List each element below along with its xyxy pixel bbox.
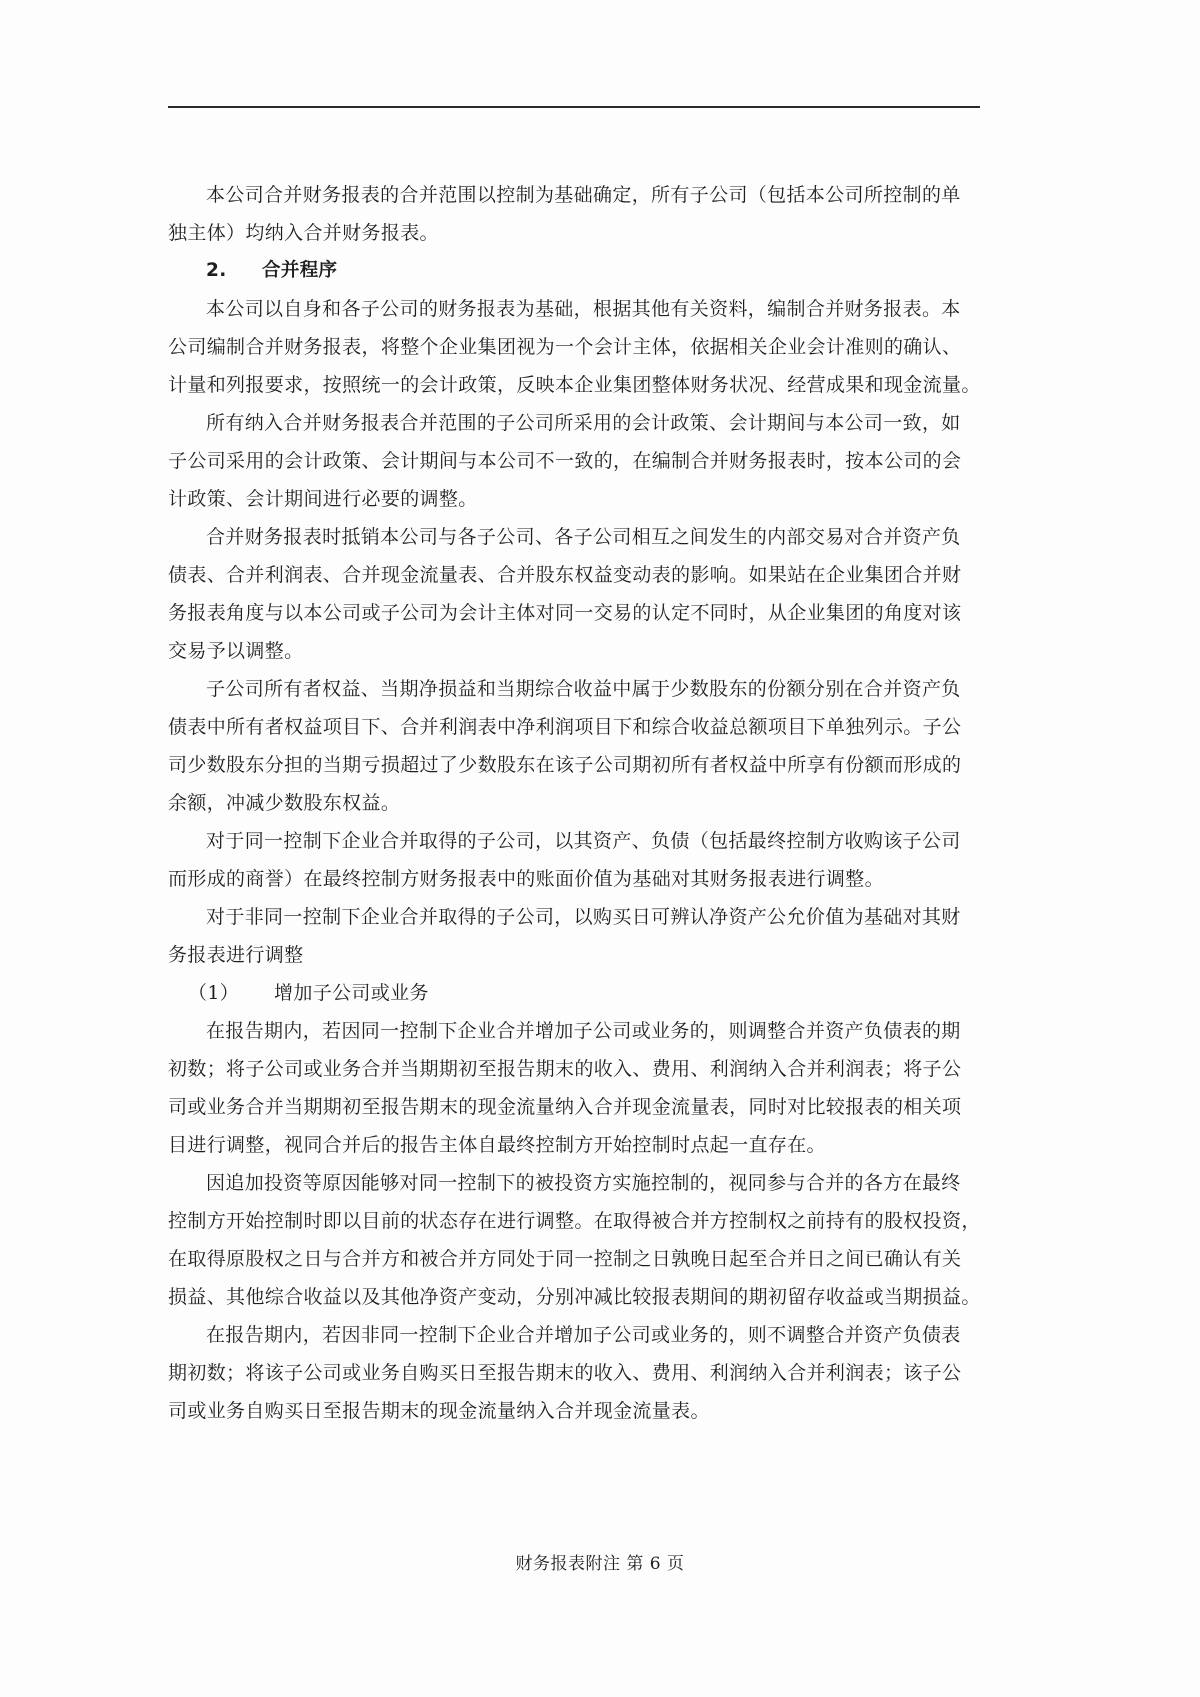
paragraph-line: 目进行调整，视同合并后的报告主体自最终控制方开始控制时点起一直存在。	[168, 1126, 980, 1164]
paragraph-line: 因追加投资等原因能够对同一控制下的被投资方实施控制的，视同参与合并的各方在最终	[168, 1164, 980, 1202]
section-title: 合并程序	[262, 260, 337, 281]
body-text: 本公司合并财务报表的合并范围以控制为基础确定，所有子公司（包括本公司所控制的单 …	[168, 176, 980, 1430]
paragraph-line: 司少数股东分担的当期亏损超过了少数股东在该子公司期初所有者权益中所享有份额而形成…	[168, 746, 980, 784]
paragraph-line: 损益、其他综合收益以及其他净资产变动，分别冲减比较报表期间的期初留存收益或当期损…	[168, 1278, 980, 1316]
paragraph-line: 在取得原股权之日与合并方和被合并方同处于同一控制之日孰晚日起至合并日之间已确认有…	[168, 1240, 980, 1278]
paragraph-line: 在报告期内，若因非同一控制下企业合并增加子公司或业务的，则不调整合并资产负债表	[168, 1316, 980, 1354]
paragraph-line: 司或业务自购买日至报告期末的现金流量纳入合并现金流量表。	[168, 1392, 980, 1430]
paragraph-line: 而形成的商誉）在最终控制方财务报表中的账面价值为基础对其财务报表进行调整。	[168, 860, 980, 898]
paragraph-line: 余额，冲减少数股东权益。	[168, 784, 980, 822]
paragraph-line: 所有纳入合并财务报表合并范围的子公司所采用的会计政策、会计期间与本公司一致，如	[168, 404, 980, 442]
paragraph-line: 本公司合并财务报表的合并范围以控制为基础确定，所有子公司（包括本公司所控制的单	[168, 176, 980, 214]
page-footer: 财务报表附注 第 6 页	[0, 1552, 1200, 1576]
paragraph-line: 计量和列报要求，按照统一的会计政策，反映本企业集团整体财务状况、经营成果和现金流…	[168, 366, 980, 404]
paragraph-line: 在报告期内，若因同一控制下企业合并增加子公司或业务的，则调整合并资产负债表的期	[168, 1012, 980, 1050]
paragraph-line: 独主体）均纳入合并财务报表。	[168, 214, 980, 252]
paragraph-line: 债表中所有者权益项目下、合并利润表中净利润项目下和综合收益总额项目下单独列示。子…	[168, 708, 980, 746]
paragraph-line: 务报表角度与以本公司或子公司为会计主体对同一交易的认定不同时，从企业集团的角度对…	[168, 594, 980, 632]
paragraph-line: 公司编制合并财务报表，将整个企业集团视为一个会计主体，依据相关企业会计准则的确认…	[168, 328, 980, 366]
subsection-heading: （1）增加子公司或业务	[168, 974, 980, 1012]
paragraph-line: 初数；将子公司或业务合并当期期初至报告期末的收入、费用、利润纳入合并利润表；将子…	[168, 1050, 980, 1088]
paragraph-line: 对于同一控制下企业合并取得的子公司，以其资产、负债（包括最终控制方收购该子公司	[168, 822, 980, 860]
paragraph-line: 期初数；将该子公司或业务自购买日至报告期末的收入、费用、利润纳入合并利润表；该子…	[168, 1354, 980, 1392]
section-heading: 2.合并程序	[168, 252, 980, 290]
paragraph-line: 合并财务报表时抵销本公司与各子公司、各子公司相互之间发生的内部交易对合并资产负	[168, 518, 980, 556]
paragraph-line: 计政策、会计期间进行必要的调整。	[168, 480, 980, 518]
section-number: 2.	[206, 252, 262, 290]
header-rule	[168, 106, 980, 108]
paragraph-line: 子公司所有者权益、当期净损益和当期综合收益中属于少数股东的份额分别在合并资产负	[168, 670, 980, 708]
paragraph-line: 交易予以调整。	[168, 632, 980, 670]
paragraph-line: 司或业务合并当期期初至报告期末的现金流量纳入合并现金流量表，同时对比较报表的相关…	[168, 1088, 980, 1126]
subsection-number: （1）	[188, 974, 274, 1012]
paragraph-line: 子公司采用的会计政策、会计期间与本公司不一致的，在编制合并财务报表时，按本公司的…	[168, 442, 980, 480]
document-page: 本公司合并财务报表的合并范围以控制为基础确定，所有子公司（包括本公司所控制的单 …	[0, 0, 1200, 1697]
paragraph-line: 债表、合并利润表、合并现金流量表、合并股东权益变动表的影响。如果站在企业集团合并…	[168, 556, 980, 594]
paragraph-line: 控制方开始控制时即以目前的状态存在进行调整。在取得被合并方控制权之前持有的股权投…	[168, 1202, 980, 1240]
subsection-title: 增加子公司或业务	[274, 982, 429, 1004]
paragraph-line: 本公司以自身和各子公司的财务报表为基础，根据其他有关资料，编制合并财务报表。本	[168, 290, 980, 328]
paragraph-line: 对于非同一控制下企业合并取得的子公司，以购买日可辨认净资产公允价值为基础对其财	[168, 898, 980, 936]
paragraph-line: 务报表进行调整	[168, 936, 980, 974]
